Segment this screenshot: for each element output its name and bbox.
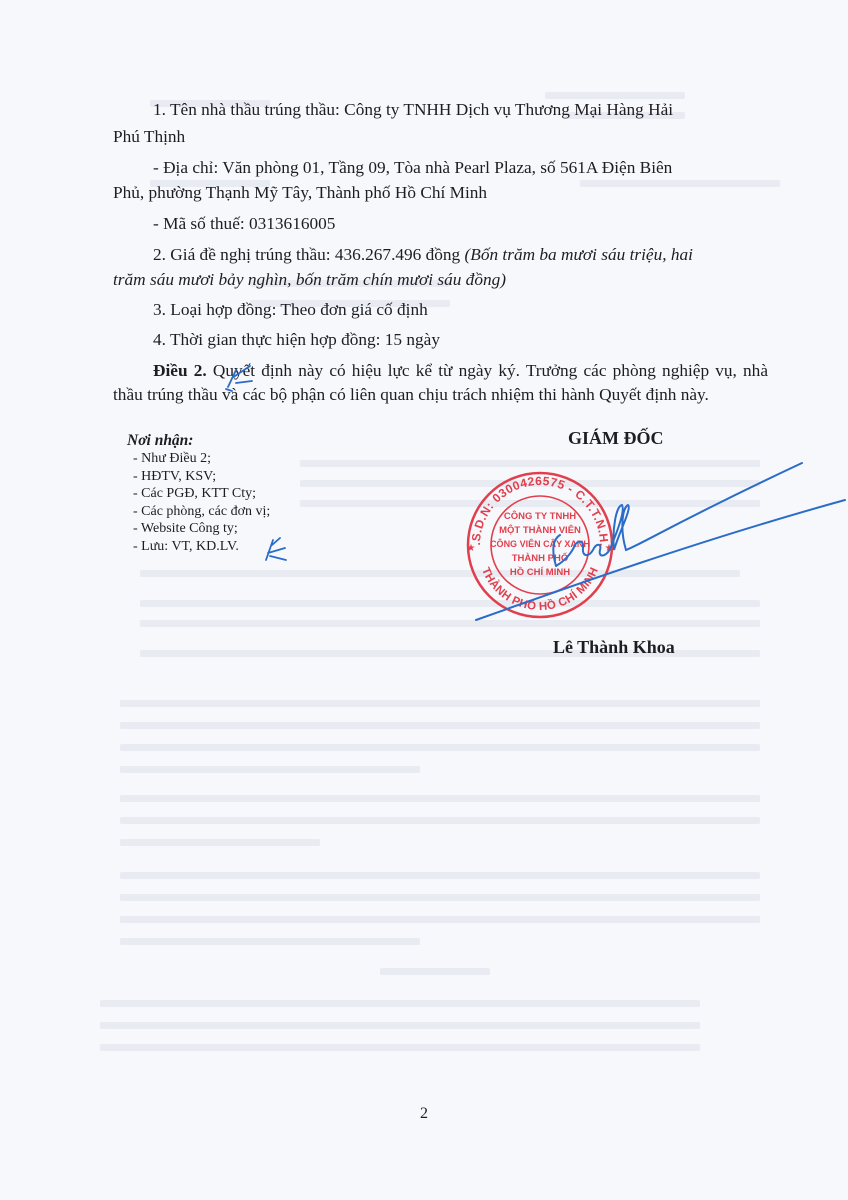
stamp-line: MỘT THÀNH VIÊN bbox=[499, 524, 581, 536]
stamp-line: HỒ CHÍ MINH bbox=[510, 566, 570, 578]
stamp-and-signatures: M.S.D.N: 0300426575 - C.T.T.N.H.H THÀNH … bbox=[0, 0, 848, 1200]
svg-text:★: ★ bbox=[467, 543, 476, 554]
stamp-line: THÀNH PHỐ bbox=[512, 552, 568, 564]
initials-icon bbox=[226, 366, 286, 560]
stamp-outer-text: M.S.D.N: 0300426575 - C.T.T.N.H.H bbox=[0, 0, 611, 547]
svg-text:M.S.D.N: 0300426575 - C.T.T.N.: M.S.D.N: 0300426575 - C.T.T.N.H.H bbox=[0, 0, 611, 547]
document-page: 1. Tên nhà thầu trúng thầu: Công ty TNHH… bbox=[0, 0, 848, 1200]
company-stamp: M.S.D.N: 0300426575 - C.T.T.N.H.H THÀNH … bbox=[0, 0, 614, 617]
stamp-line: CÔNG TY TNHH bbox=[504, 510, 576, 522]
